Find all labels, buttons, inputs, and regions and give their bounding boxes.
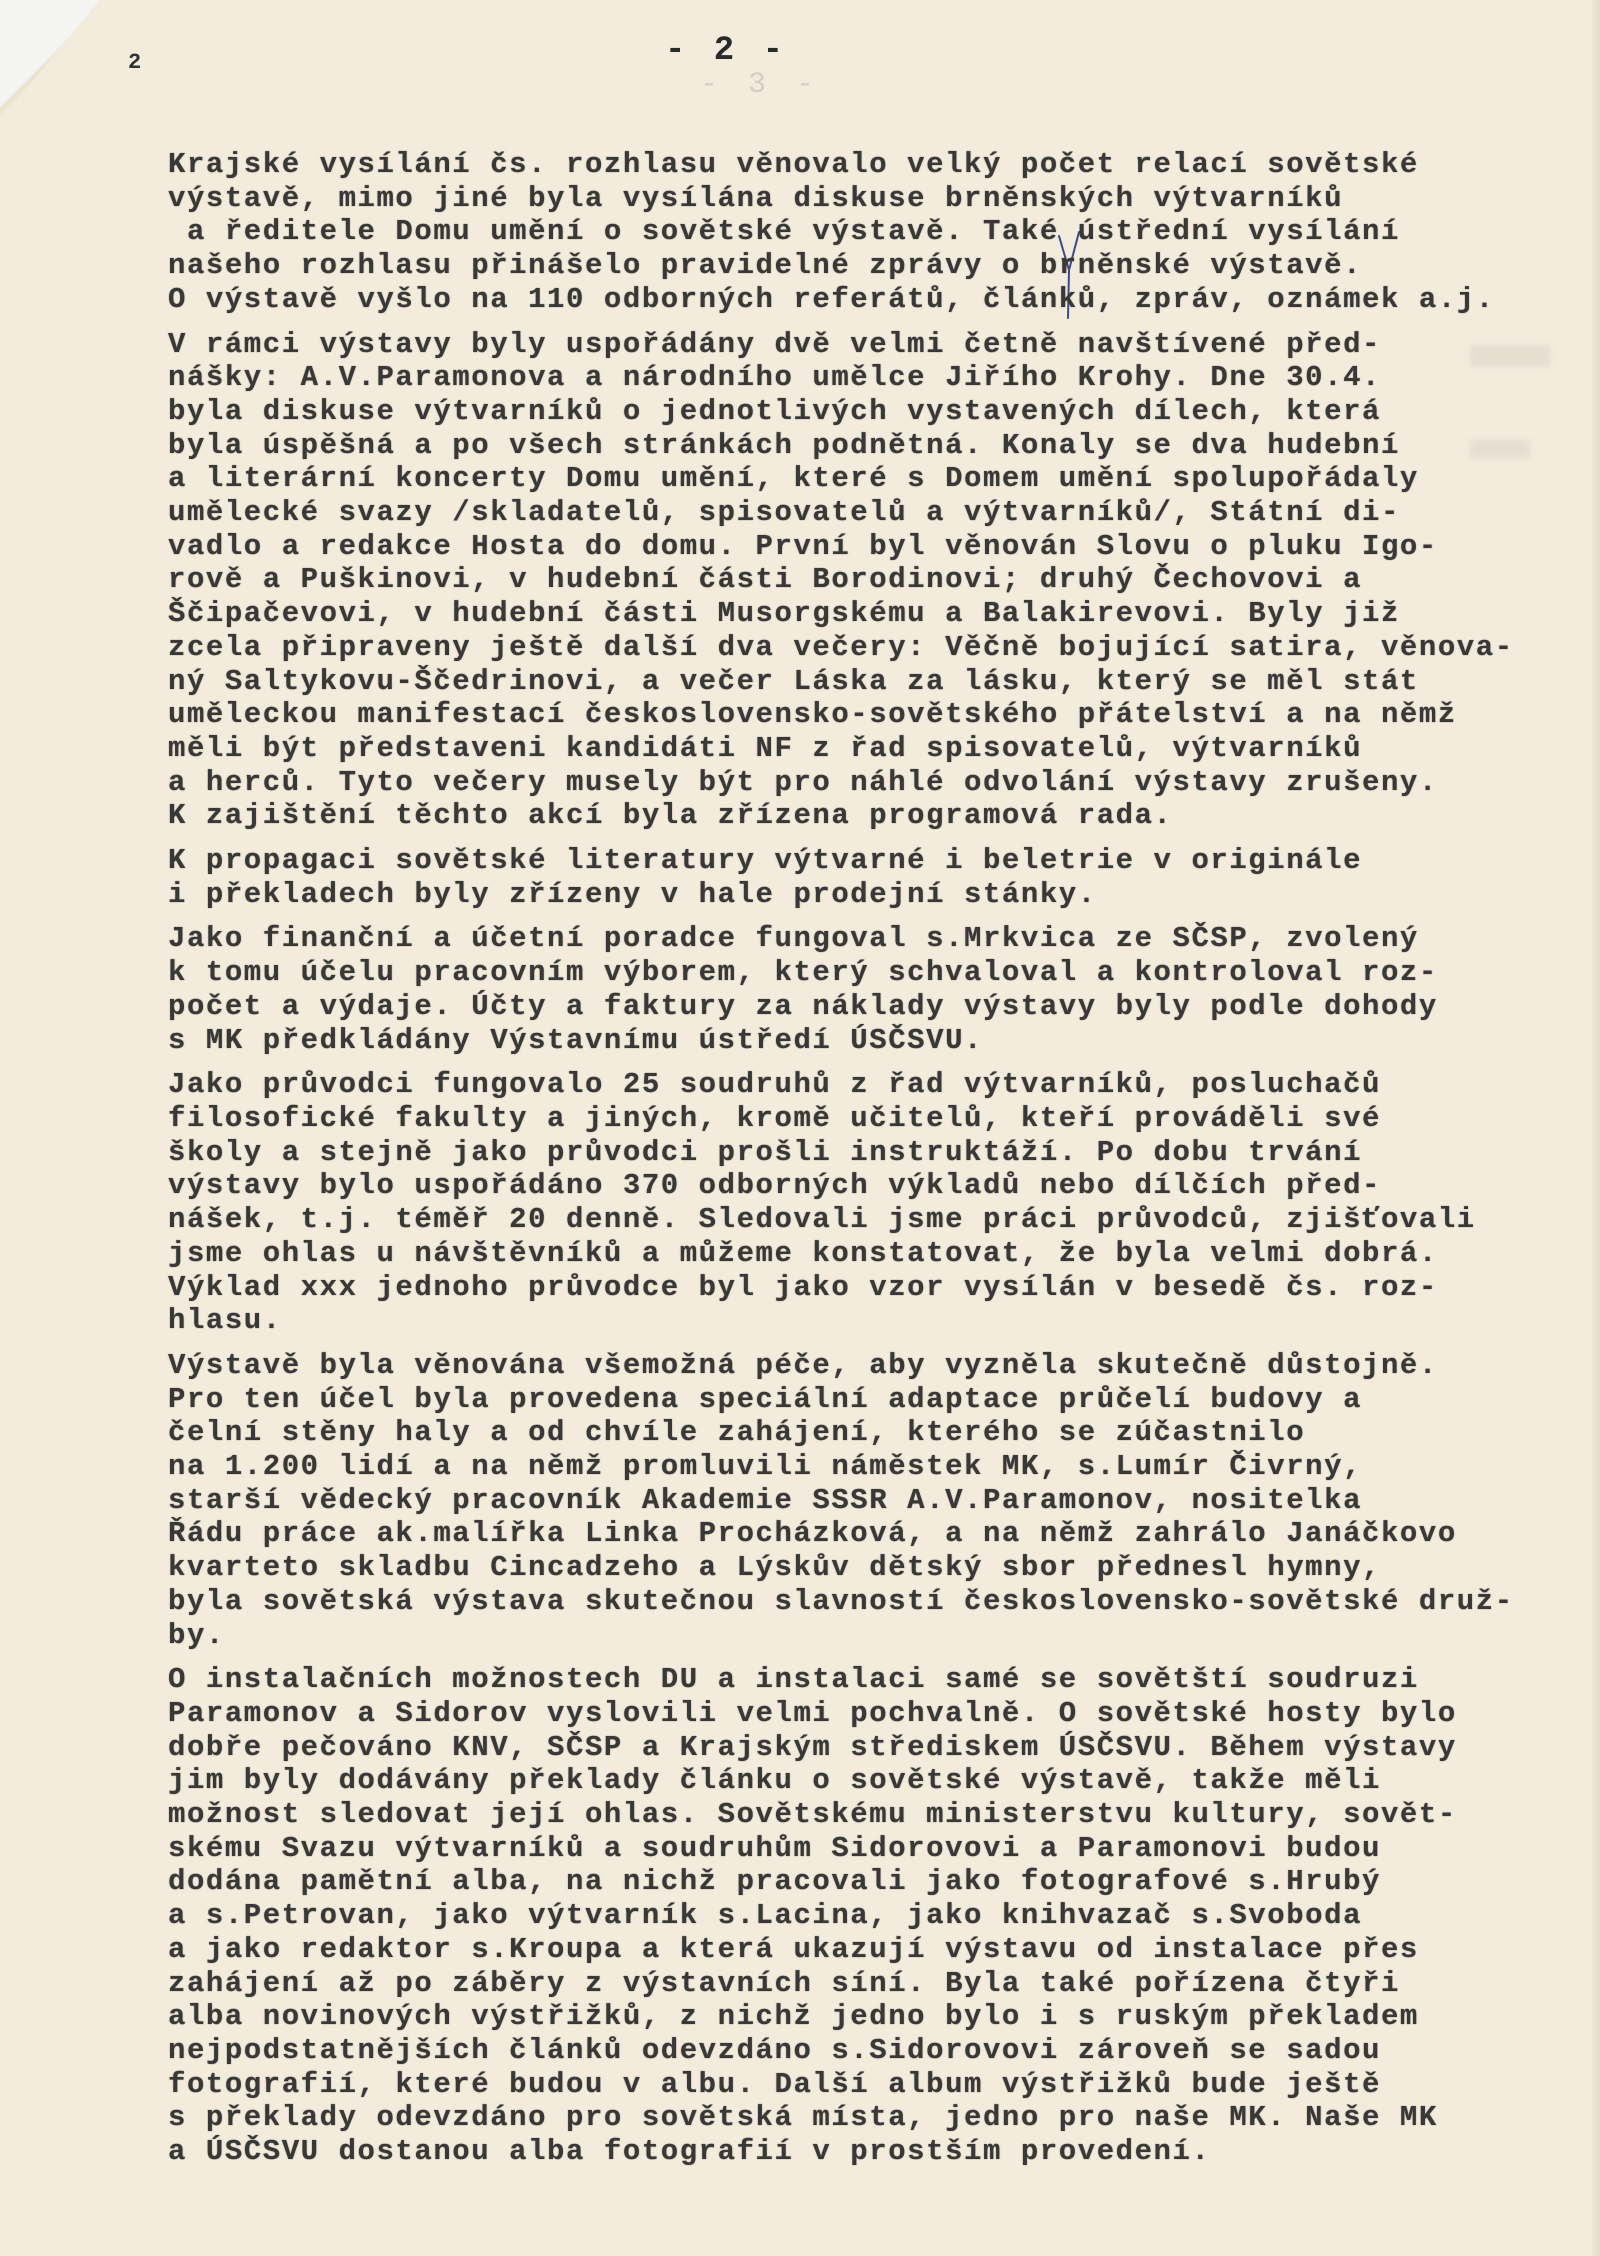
text-line: skému Svazu výtvarníků a soudruhům Sidor… [168,1832,1588,1866]
paragraph-installation-albums: O instalačních možnostech DU a instalaci… [168,1663,1588,2169]
text-line: čelní stěny haly a od chvíle zahájení, k… [168,1416,1588,1450]
text-line: zahájení až po záběry z výstavních síní.… [168,1967,1588,2001]
text-line: i překladech byly zřízeny v hale prodejn… [168,878,1588,912]
text-line: O instalačních možnostech DU a instalaci… [168,1663,1588,1697]
text-line: výstavě, mimo jiné byla vysílána diskuse… [168,182,1588,216]
text-line: uměleckou manifestací československo-sov… [168,698,1588,732]
text-line: umělecké svazy /skladatelů, spisovatelů … [168,496,1588,530]
text-line: a literární koncerty Domu umění, které s… [168,462,1588,496]
text-line: nášek, t.j. téměř 20 denně. Sledovali js… [168,1203,1588,1237]
document-body: Krajské vysílání čs. rozhlasu věnovalo v… [168,148,1588,2180]
text-line: možnost sledovat její ohlas. Sovětskému … [168,1798,1588,1832]
text-line: fotografií, které budou v albu. Další al… [168,2068,1588,2102]
text-line: Ščipačevovi, v hudební části Musorgskému… [168,597,1588,631]
paragraph-guides: Jako průvodci fungovalo 25 soudruhů z řa… [168,1068,1588,1338]
text-line: Paramonov a Sidorov vyslovili velmi poch… [168,1697,1588,1731]
text-line: byla sovětská výstava skutečnou slavnost… [168,1585,1588,1619]
text-line: a jako redaktor s.Kroupa a která ukazují… [168,1933,1588,1967]
text-line: byla diskuse výtvarníků o jednotlivých v… [168,395,1588,429]
text-line: kvarteto skladbu Cincadzeho a Lýskův dět… [168,1551,1588,1585]
text-line: rově a Puškinovi, v hudební části Borodi… [168,563,1588,597]
text-line: filosofické fakulty a jiných, kromě učit… [168,1102,1588,1136]
text-line: a herců. Tyto večery musely být pro náhl… [168,766,1588,800]
text-line: Jako průvodci fungovalo 25 soudruhů z řa… [168,1068,1588,1102]
text-line: V rámci výstavy byly uspořádány dvě velm… [168,328,1588,362]
text-line: Výstavě byla věnována všemožná péče, aby… [168,1349,1588,1383]
text-line: dodána pamětní alba, na nichž pracovali … [168,1865,1588,1899]
text-line: počet a výdaje. Účty a faktury za náklad… [168,990,1588,1024]
text-line: výstavy bylo uspořádáno 370 odborných vý… [168,1169,1588,1203]
paragraph-financial-advisor: Jako finanční a účetní poradce fungoval … [168,922,1588,1057]
paragraph-lectures-concerts: V rámci výstavy byly uspořádány dvě velm… [168,328,1588,834]
text-line: s překlady odevzdáno pro sovětská místa,… [168,2101,1588,2135]
text-line: Krajské vysílání čs. rozhlasu věnovalo v… [168,148,1588,182]
paragraph-radio-coverage: Krajské vysílání čs. rozhlasu věnovalo v… [168,148,1588,317]
paragraph-opening-ceremony: Výstavě byla věnována všemožná péče, aby… [168,1349,1588,1652]
text-line: by. [168,1619,1588,1653]
text-line: Jako finanční a účetní poradce fungoval … [168,922,1588,956]
text-line: a ÚSČSVU dostanou alba fotografií v pros… [168,2135,1588,2169]
text-line: Pro ten účel byla provedena speciální ad… [168,1383,1588,1417]
text-line: na 1.200 lidí a na němž promluvili náměs… [168,1450,1588,1484]
text-line: vadlo a redakce Hosta do domu. První byl… [168,530,1588,564]
text-line: Řádu práce ak.malířka Linka Procházková,… [168,1517,1588,1551]
text-line: zcela připraveny ještě další dva večery:… [168,631,1588,665]
text-line: nášky: A.V.Paramonova a národního umělce… [168,361,1588,395]
text-line: K zajištění těchto akcí byla zřízena pro… [168,799,1588,833]
text-line: K propagaci sovětské literatury výtvarné… [168,844,1588,878]
text-line: Výklad xxx jednoho průvodce byl jako vzo… [168,1271,1588,1305]
text-line: O výstavě vyšlo na 110 odborných referát… [168,283,1588,317]
text-line: alba novinových výstřižků, z nichž jedno… [168,2000,1588,2034]
text-line: a s.Petrovan, jako výtvarník s.Lacina, j… [168,1899,1588,1933]
text-line: ný Saltykovu-Ščedrinovi, a večer Láska z… [168,665,1588,699]
text-line: dobře pečováno KNV, SČSP a Krajským stře… [168,1731,1588,1765]
text-line: a ředitele Domu umění o sovětské výstavě… [168,215,1588,249]
text-line: k tomu účelu pracovním výborem, který sc… [168,956,1588,990]
text-line: jsme ohlas u návštěvníků a můžeme konsta… [168,1237,1588,1271]
text-line: s MK předkládány Výstavnímu ústředí ÚSČS… [168,1024,1588,1058]
text-line: jim byly dodávány překlady článku o sově… [168,1764,1588,1798]
text-line: nejpodstatnějších článků odevzdáno s.Sid… [168,2034,1588,2068]
bleed-through-page-number: - 3 - [700,68,820,102]
text-line: byla úspěšná a po všech stránkách podnět… [168,429,1588,463]
text-line: starší vědecký pracovník Akademie SSSR A… [168,1484,1588,1518]
text-line: školy a stejně jako průvodci prošli inst… [168,1136,1588,1170]
text-line: měli být představeni kandidáti NF z řad … [168,732,1588,766]
corner-mark: 2 [128,50,141,75]
text-line: hlasu. [168,1304,1588,1338]
page-number: - 2 - [665,32,787,70]
paragraph-literature-stands: K propagaci sovětské literatury výtvarné… [168,844,1588,911]
text-line: našeho rozhlasu přinášelo pravidelné zpr… [168,249,1588,283]
